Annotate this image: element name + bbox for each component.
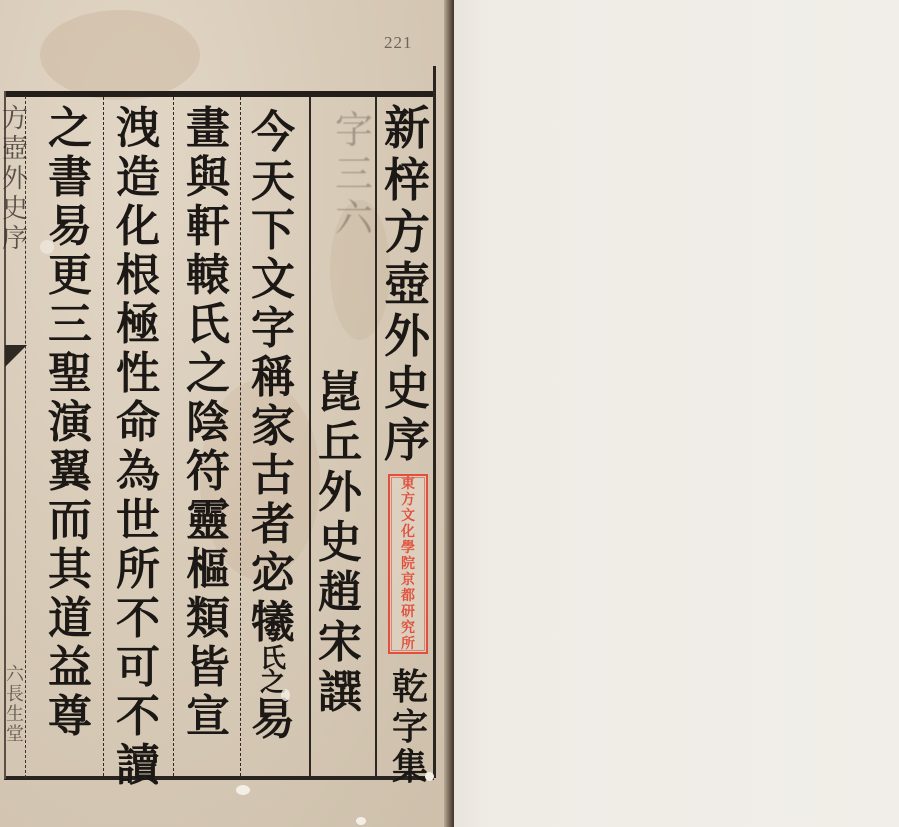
seal-inner-border <box>391 477 425 651</box>
column-divider <box>309 97 311 776</box>
title-column: 新 梓 方 壺 外 史 序 <box>384 102 430 466</box>
book-spread: 221 方 壺 外 史 序 六 長 生 堂 新 梓 方 <box>0 0 899 827</box>
worm-hole <box>236 785 250 795</box>
collection-mark: 乾 字 集 <box>392 667 428 787</box>
frame-right-border <box>433 66 436 778</box>
column-divider <box>375 97 377 776</box>
fold-margin-title: 方 壺 外 史 序 <box>0 104 30 254</box>
body-column-3: 洩 造 化 根 極 性 命 為 世 所 不 可 不 讀 <box>116 104 160 771</box>
frame-bottom-border <box>4 776 434 780</box>
worm-hole <box>281 689 290 701</box>
body-column-1: 今 天 下 文 字 稱 家 古 者 宓 犧 氏 之 易 <box>251 108 295 744</box>
column-divider <box>103 97 104 776</box>
column-divider <box>173 97 174 776</box>
fold-margin-bottom: 六 長 生 堂 <box>2 665 28 745</box>
page-number: 221 <box>384 33 413 53</box>
left-page: 221 方 壺 外 史 序 六 長 生 堂 新 梓 方 <box>0 0 452 827</box>
right-page-blank <box>454 0 899 827</box>
worm-hole <box>356 817 366 825</box>
book-gutter <box>444 0 454 827</box>
frame-top-border <box>4 91 434 97</box>
worm-hole <box>425 772 434 781</box>
worm-hole <box>40 240 54 254</box>
paper-stain <box>40 10 200 100</box>
faded-characters: 字 三 六 <box>335 108 373 240</box>
body-column-4: 之 書 易 更 三 聖 演 翼 而 其 道 益 尊 <box>48 104 92 741</box>
column-divider <box>240 97 241 776</box>
author-column: 崑 丘 外 史 趙 宋 譔 <box>318 368 362 718</box>
body-column-2: 畫 與 軒 轅 氏 之 陰 符 靈 樞 類 皆 宣 <box>186 104 230 741</box>
fish-tail-mark-icon <box>5 345 27 367</box>
